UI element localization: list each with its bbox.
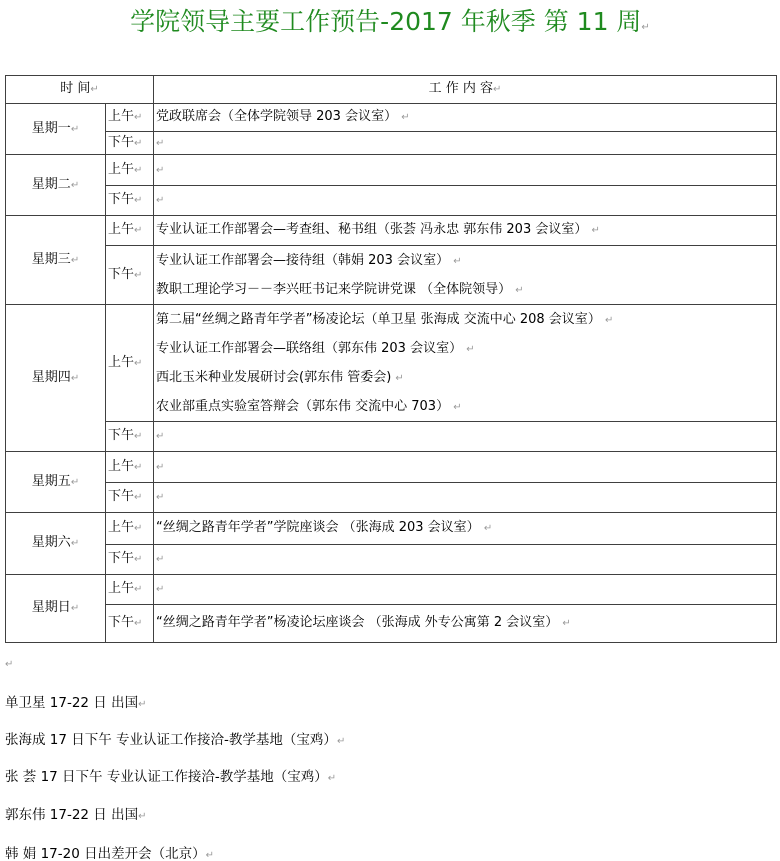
content-cell: ↵ <box>154 483 777 513</box>
half-day-cell: 下午↵ <box>106 186 154 216</box>
paragraph-mark-icon: ↵ <box>641 22 649 33</box>
half-day-cell: 下午↵ <box>106 132 154 155</box>
table-row: 下午↵↵ <box>6 545 777 575</box>
content-cell: ↵ <box>154 575 777 605</box>
note-line: 单卫星 17-22 日 出国↵ <box>5 691 147 711</box>
half-day-cell: 下午↵ <box>106 246 154 305</box>
day-cell: 星期日↵ <box>6 575 106 643</box>
content-cell: “丝绸之路青年学者”杨凌论坛座谈会 （张海成 外专公寓第 2 会议室） ↵ <box>154 605 777 643</box>
schedule-item: “丝绸之路青年学者”杨凌论坛座谈会 （张海成 外专公寓第 2 会议室） ↵ <box>156 613 774 634</box>
schedule-item: 西北玉米种业发展研讨会(郭东伟 管委会) ↵ <box>156 363 774 392</box>
table-row: 星期六↵上午↵“丝绸之路青年学者”学院座谈会 （张海成 203 会议室） ↵ <box>6 513 777 545</box>
table-row: 下午↵↵ <box>6 422 777 452</box>
table-row: 星期二↵上午↵↵ <box>6 155 777 186</box>
half-day-cell: 下午↵ <box>106 422 154 452</box>
schedule-item: 专业认证工作部署会—考查组、秘书组（张荟 冯永忠 郭东伟 203 会议室） ↵ <box>156 220 774 241</box>
note-line: 韩 娟 17-20 日出差开会（北京）↵ <box>5 842 214 861</box>
schedule-item: 专业认证工作部署会—接待组（韩娟 203 会议室） ↵ <box>156 246 774 275</box>
content-cell: ↵ <box>154 545 777 575</box>
schedule-item: 教职工理论学习－－李兴旺书记来学院讲党课 （全体院领导） ↵ <box>156 275 774 304</box>
content-cell: 专业认证工作部署会—接待组（韩娟 203 会议室） ↵教职工理论学习－－李兴旺书… <box>154 246 777 305</box>
table-header-row: 时 间↵ 工 作 内 容↵ <box>6 76 777 104</box>
content-cell: ↵ <box>154 186 777 216</box>
day-cell: 星期一↵ <box>6 104 106 155</box>
note-line: 张海成 17 日下午 专业认证工作接洽-教学基地（宝鸡）↵ <box>5 728 345 748</box>
table-row: 星期四↵上午↵第二届“丝绸之路青年学者”杨凌论坛（单卫星 张海成 交流中心 20… <box>6 305 777 422</box>
day-cell: 星期三↵ <box>6 216 106 305</box>
half-day-cell: 上午↵ <box>106 104 154 132</box>
half-day-cell: 上午↵ <box>106 575 154 605</box>
blank-paragraph: ↵ <box>5 655 13 671</box>
schedule-item: 农业部重点实验室答辩会（郭东伟 交流中心 703） ↵ <box>156 392 774 421</box>
half-day-cell: 上午↵ <box>106 305 154 422</box>
content-cell: ↵ <box>154 452 777 483</box>
content-cell: 第二届“丝绸之路青年学者”杨凌论坛（单卫星 张海成 交流中心 208 会议室） … <box>154 305 777 422</box>
table-row: 下午↵↵ <box>6 483 777 513</box>
page-title: 学院领导主要工作预告-2017 年秋季 第 11 周↵ <box>0 6 780 44</box>
day-cell: 星期五↵ <box>6 452 106 513</box>
table-row: 下午↵“丝绸之路青年学者”杨凌论坛座谈会 （张海成 外专公寓第 2 会议室） ↵ <box>6 605 777 643</box>
table-row: 下午↵↵ <box>6 186 777 216</box>
header-time: 时 间↵ <box>6 76 154 104</box>
title-text: 学院领导主要工作预告-2017 年秋季 第 11 周 <box>130 7 641 36</box>
half-day-cell: 上午↵ <box>106 452 154 483</box>
schedule-item: “丝绸之路青年学者”学院座谈会 （张海成 203 会议室） ↵ <box>156 518 774 539</box>
content-cell: ↵ <box>154 132 777 155</box>
half-day-cell: 上午↵ <box>106 513 154 545</box>
schedule-item: 党政联席会（全体学院领导 203 会议室） ↵ <box>156 107 774 128</box>
table-row: 星期日↵上午↵↵ <box>6 575 777 605</box>
content-cell: ↵ <box>154 155 777 186</box>
half-day-cell: 上午↵ <box>106 155 154 186</box>
table-row: 下午↵↵ <box>6 132 777 155</box>
content-cell: “丝绸之路青年学者”学院座谈会 （张海成 203 会议室） ↵ <box>154 513 777 545</box>
header-content: 工 作 内 容↵ <box>154 76 777 104</box>
schedule-item: 专业认证工作部署会—联络组（郭东伟 203 会议室） ↵ <box>156 334 774 363</box>
half-day-cell: 下午↵ <box>106 605 154 643</box>
half-day-cell: 上午↵ <box>106 216 154 246</box>
content-cell: 党政联席会（全体学院领导 203 会议室） ↵ <box>154 104 777 132</box>
day-cell: 星期二↵ <box>6 155 106 216</box>
schedule-item: 第二届“丝绸之路青年学者”杨凌论坛（单卫星 张海成 交流中心 208 会议室） … <box>156 305 774 334</box>
content-cell: 专业认证工作部署会—考查组、秘书组（张荟 冯永忠 郭东伟 203 会议室） ↵ <box>154 216 777 246</box>
table-row: 下午↵专业认证工作部署会—接待组（韩娟 203 会议室） ↵教职工理论学习－－李… <box>6 246 777 305</box>
note-line: 张 荟 17 日下午 专业认证工作接洽-教学基地（宝鸡）↵ <box>5 765 336 785</box>
day-cell: 星期四↵ <box>6 305 106 452</box>
note-line: 郭东伟 17-22 日 出国↵ <box>5 803 147 823</box>
table-row: 星期三↵上午↵专业认证工作部署会—考查组、秘书组（张荟 冯永忠 郭东伟 203 … <box>6 216 777 246</box>
table-row: 星期一↵上午↵党政联席会（全体学院领导 203 会议室） ↵ <box>6 104 777 132</box>
schedule-table: 时 间↵ 工 作 内 容↵ 星期一↵上午↵党政联席会（全体学院领导 203 会议… <box>5 75 777 643</box>
half-day-cell: 下午↵ <box>106 545 154 575</box>
day-cell: 星期六↵ <box>6 513 106 575</box>
content-cell: ↵ <box>154 422 777 452</box>
half-day-cell: 下午↵ <box>106 483 154 513</box>
table-row: 星期五↵上午↵↵ <box>6 452 777 483</box>
